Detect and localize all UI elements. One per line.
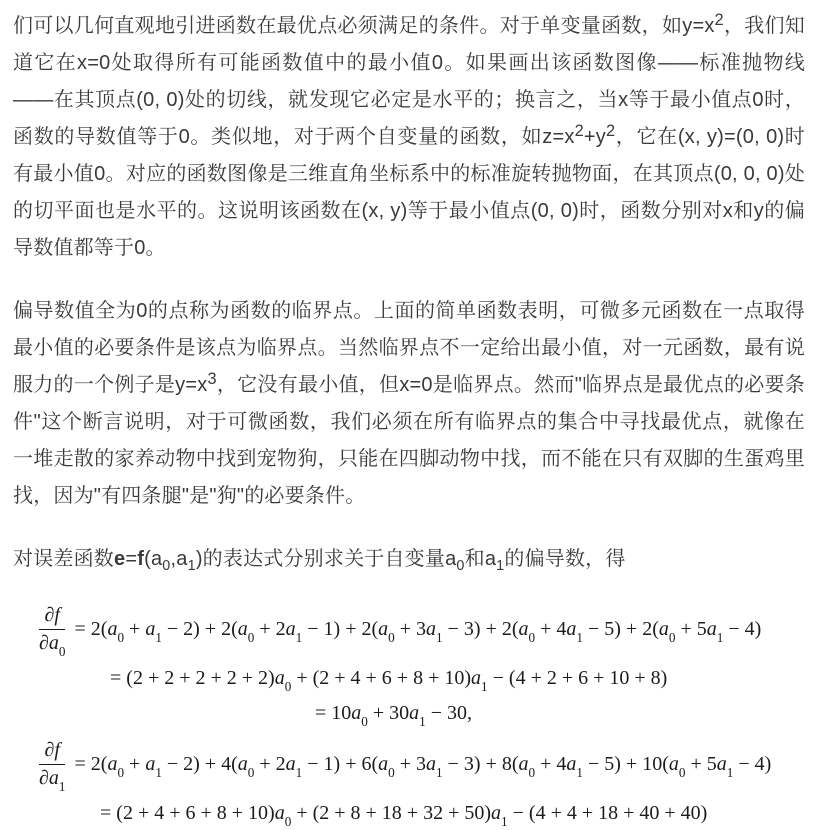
equation-df-da1-grouped: = (2 + 4 + 6 + 8 + 10)a0 + (2 + 8 + 18 +…: [100, 802, 707, 825]
partial-fraction-da1: ∂f ∂a1: [39, 739, 65, 790]
document-page: 们可以几何直观地引进函数在最优点必须满足的条件。对于单变量函数，如y=x2，我们…: [0, 0, 816, 830]
fraction-numerator: ∂f: [39, 604, 65, 630]
equation-df-da0-expansion: = 2(a0 + a1 − 2) + 2(a0 + 2a1 − 1) + 2(a…: [74, 618, 761, 641]
paragraph-error-function-intro: 对误差函数e=f(a0,a1)的表达式分别求关于自变量a0和a1的偏导数，得: [13, 541, 805, 578]
equation-df-da0-step2: = (2 + 2 + 2 + 2 + 2)a0 + (2 + 4 + 6 + 8…: [110, 667, 805, 690]
equation-df-da1: ∂f ∂a1 = 2(a0 + a1 − 2) + 4(a0 + 2a1 − 1…: [39, 739, 805, 790]
equation-df-da1-expansion: = 2(a0 + a1 − 2) + 4(a0 + 2a1 − 1) + 6(a…: [74, 753, 771, 776]
equation-df-da0: ∂f ∂a0 = 2(a0 + a1 − 2) + 2(a0 + 2a1 − 1…: [39, 604, 805, 655]
fraction-denominator: ∂a0: [39, 630, 65, 655]
equation-df-da1-step2: = (2 + 4 + 6 + 8 + 10)a0 + (2 + 8 + 18 +…: [100, 802, 805, 825]
equation-df-da0-grouped: = (2 + 2 + 2 + 2 + 2)a0 + (2 + 4 + 6 + 8…: [110, 667, 667, 690]
fraction-numerator: ∂f: [39, 739, 65, 765]
equation-block: ∂f ∂a0 = 2(a0 + a1 − 2) + 2(a0 + 2a1 − 1…: [13, 604, 805, 825]
fraction-denominator: ∂a1: [39, 765, 65, 790]
paragraph-critical-points: 偏导数值全为0的点称为函数的临界点。上面的简单函数表明，可微多元函数在一点取得最…: [13, 293, 805, 515]
equation-df-da0-simplified: = 10a0 + 30a1 − 30,: [315, 702, 472, 725]
equation-df-da0-result: = 10a0 + 30a1 − 30,: [315, 702, 805, 725]
paragraph-optimality-condition: 们可以几何直观地引进函数在最优点必须满足的条件。对于单变量函数，如y=x2，我们…: [13, 8, 805, 267]
partial-fraction-da0: ∂f ∂a0: [39, 604, 65, 655]
